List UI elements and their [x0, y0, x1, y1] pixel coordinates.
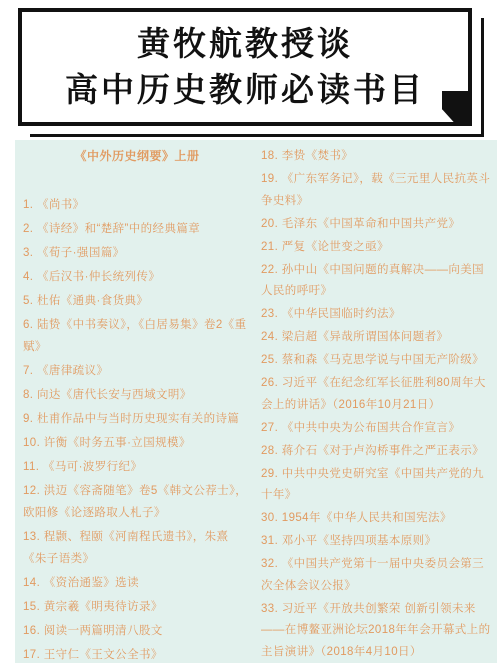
right-column: 18. 李贽《焚书》19. 《广东军务记》，载《三元里人民抗英斗争史料》20. … — [257, 145, 491, 663]
list-item: 13. 程颢、程颐《河南程氏遗书》，朱熹《朱子语类》 — [23, 526, 251, 570]
list-item: 10. 许衡《时务五事·立国规模》 — [23, 432, 251, 454]
list-item: 9. 杜甫作品中与当时历史现实有关的诗篇 — [23, 408, 251, 430]
left-column-header: 《中外历史纲要》上册 — [23, 145, 251, 167]
list-item: 5. 杜佑《通典·食货典》 — [23, 290, 251, 312]
title-box-shadow-horizontal — [30, 134, 484, 137]
list-item: 2. 《诗经》和“楚辞”中的经典篇章 — [23, 218, 251, 240]
list-item: 15. 黄宗羲《明夷待访录》 — [23, 596, 251, 618]
list-item: 4. 《后汉书·仲长统列传》 — [23, 266, 251, 288]
list-item: 26. 习近平《在纪念红军长征胜利80周年大会上的讲话》（2016年10月21日… — [261, 373, 491, 416]
list-item: 20. 毛泽东《中国革命和中国共产党》 — [261, 214, 491, 236]
list-item: 7. 《唐律疏议》 — [23, 360, 251, 382]
list-item: 18. 李贽《焚书》 — [261, 146, 491, 168]
list-item: 32. 《中国共产党第十一届中央委员会第三次全体会议公报》 — [261, 554, 491, 597]
list-item: 29. 中共中央党史研究室《中国共产党的九十年》 — [261, 464, 491, 507]
list-item: 23. 《中华民国临时约法》 — [261, 304, 491, 326]
list-item: 19. 《广东军务记》，载《三元里人民抗英斗争史料》 — [261, 169, 491, 212]
book-list-panel: 《中外历史纲要》上册 1. 《尚书》2. 《诗经》和“楚辞”中的经典篇章3. 《… — [15, 140, 497, 663]
list-item: 8. 向达《唐代长安与西域文明》 — [23, 384, 251, 406]
folded-corner-icon — [442, 91, 470, 124]
list-item: 28. 蒋介石《对于卢沟桥事件之严正表示》 — [261, 441, 491, 463]
left-column: 《中外历史纲要》上册 1. 《尚书》2. 《诗经》和“楚辞”中的经典篇章3. 《… — [23, 145, 257, 663]
title-box: 黄牧航教授谈 高中历史教师必读书目 — [18, 8, 472, 126]
list-item: 12. 洪迈《容斋随笔》卷5《韩文公荐士》，欧阳修《论逐路取人札子》 — [23, 480, 251, 524]
list-item: 30. 1954年《中华人民共和国宪法》 — [261, 508, 491, 530]
list-item: 14. 《资治通鉴》选读 — [23, 572, 251, 594]
list-item: 22. 孙中山《中国问题的真解决——向美国人民的呼吁》 — [261, 260, 491, 303]
list-item: 27. 《中共中央为公布国共合作宣言》 — [261, 418, 491, 440]
list-item: 17. 王守仁《王文公全书》 — [23, 644, 251, 663]
title-box-shadow-vertical — [481, 18, 484, 137]
list-item: 16. 阅读一两篇明清八股文 — [23, 620, 251, 642]
list-item: 6. 陆贽《中书奏议》，《白居易集》卷2《重赋》 — [23, 314, 251, 358]
list-item: 21. 严复《论世变之亟》 — [261, 237, 491, 259]
poster-title-line1: 黄牧航教授谈 — [137, 21, 353, 67]
list-item: 25. 蔡和森《马克思学说与中国无产阶级》 — [261, 350, 491, 372]
list-item: 3. 《荀子·强国篇》 — [23, 242, 251, 264]
poster-title-line2: 高中历史教师必读书目 — [65, 67, 425, 113]
left-column-items: 1. 《尚书》2. 《诗经》和“楚辞”中的经典篇章3. 《荀子·强国篇》4. 《… — [23, 194, 251, 663]
list-item: 33. 习近平《开放共创繁荣 创新引领未来——在博鳌亚洲论坛2018年年会开幕式… — [261, 599, 491, 663]
list-item: 11. 《马可·波罗行纪》 — [23, 456, 251, 478]
list-item: 1. 《尚书》 — [23, 194, 251, 216]
list-item: 31. 邓小平《坚持四项基本原则》 — [261, 531, 491, 553]
right-column-items: 18. 李贽《焚书》19. 《广东军务记》，载《三元里人民抗英斗争史料》20. … — [261, 146, 491, 663]
list-item: 24. 梁启超《异哉所谓国体问题者》 — [261, 327, 491, 349]
